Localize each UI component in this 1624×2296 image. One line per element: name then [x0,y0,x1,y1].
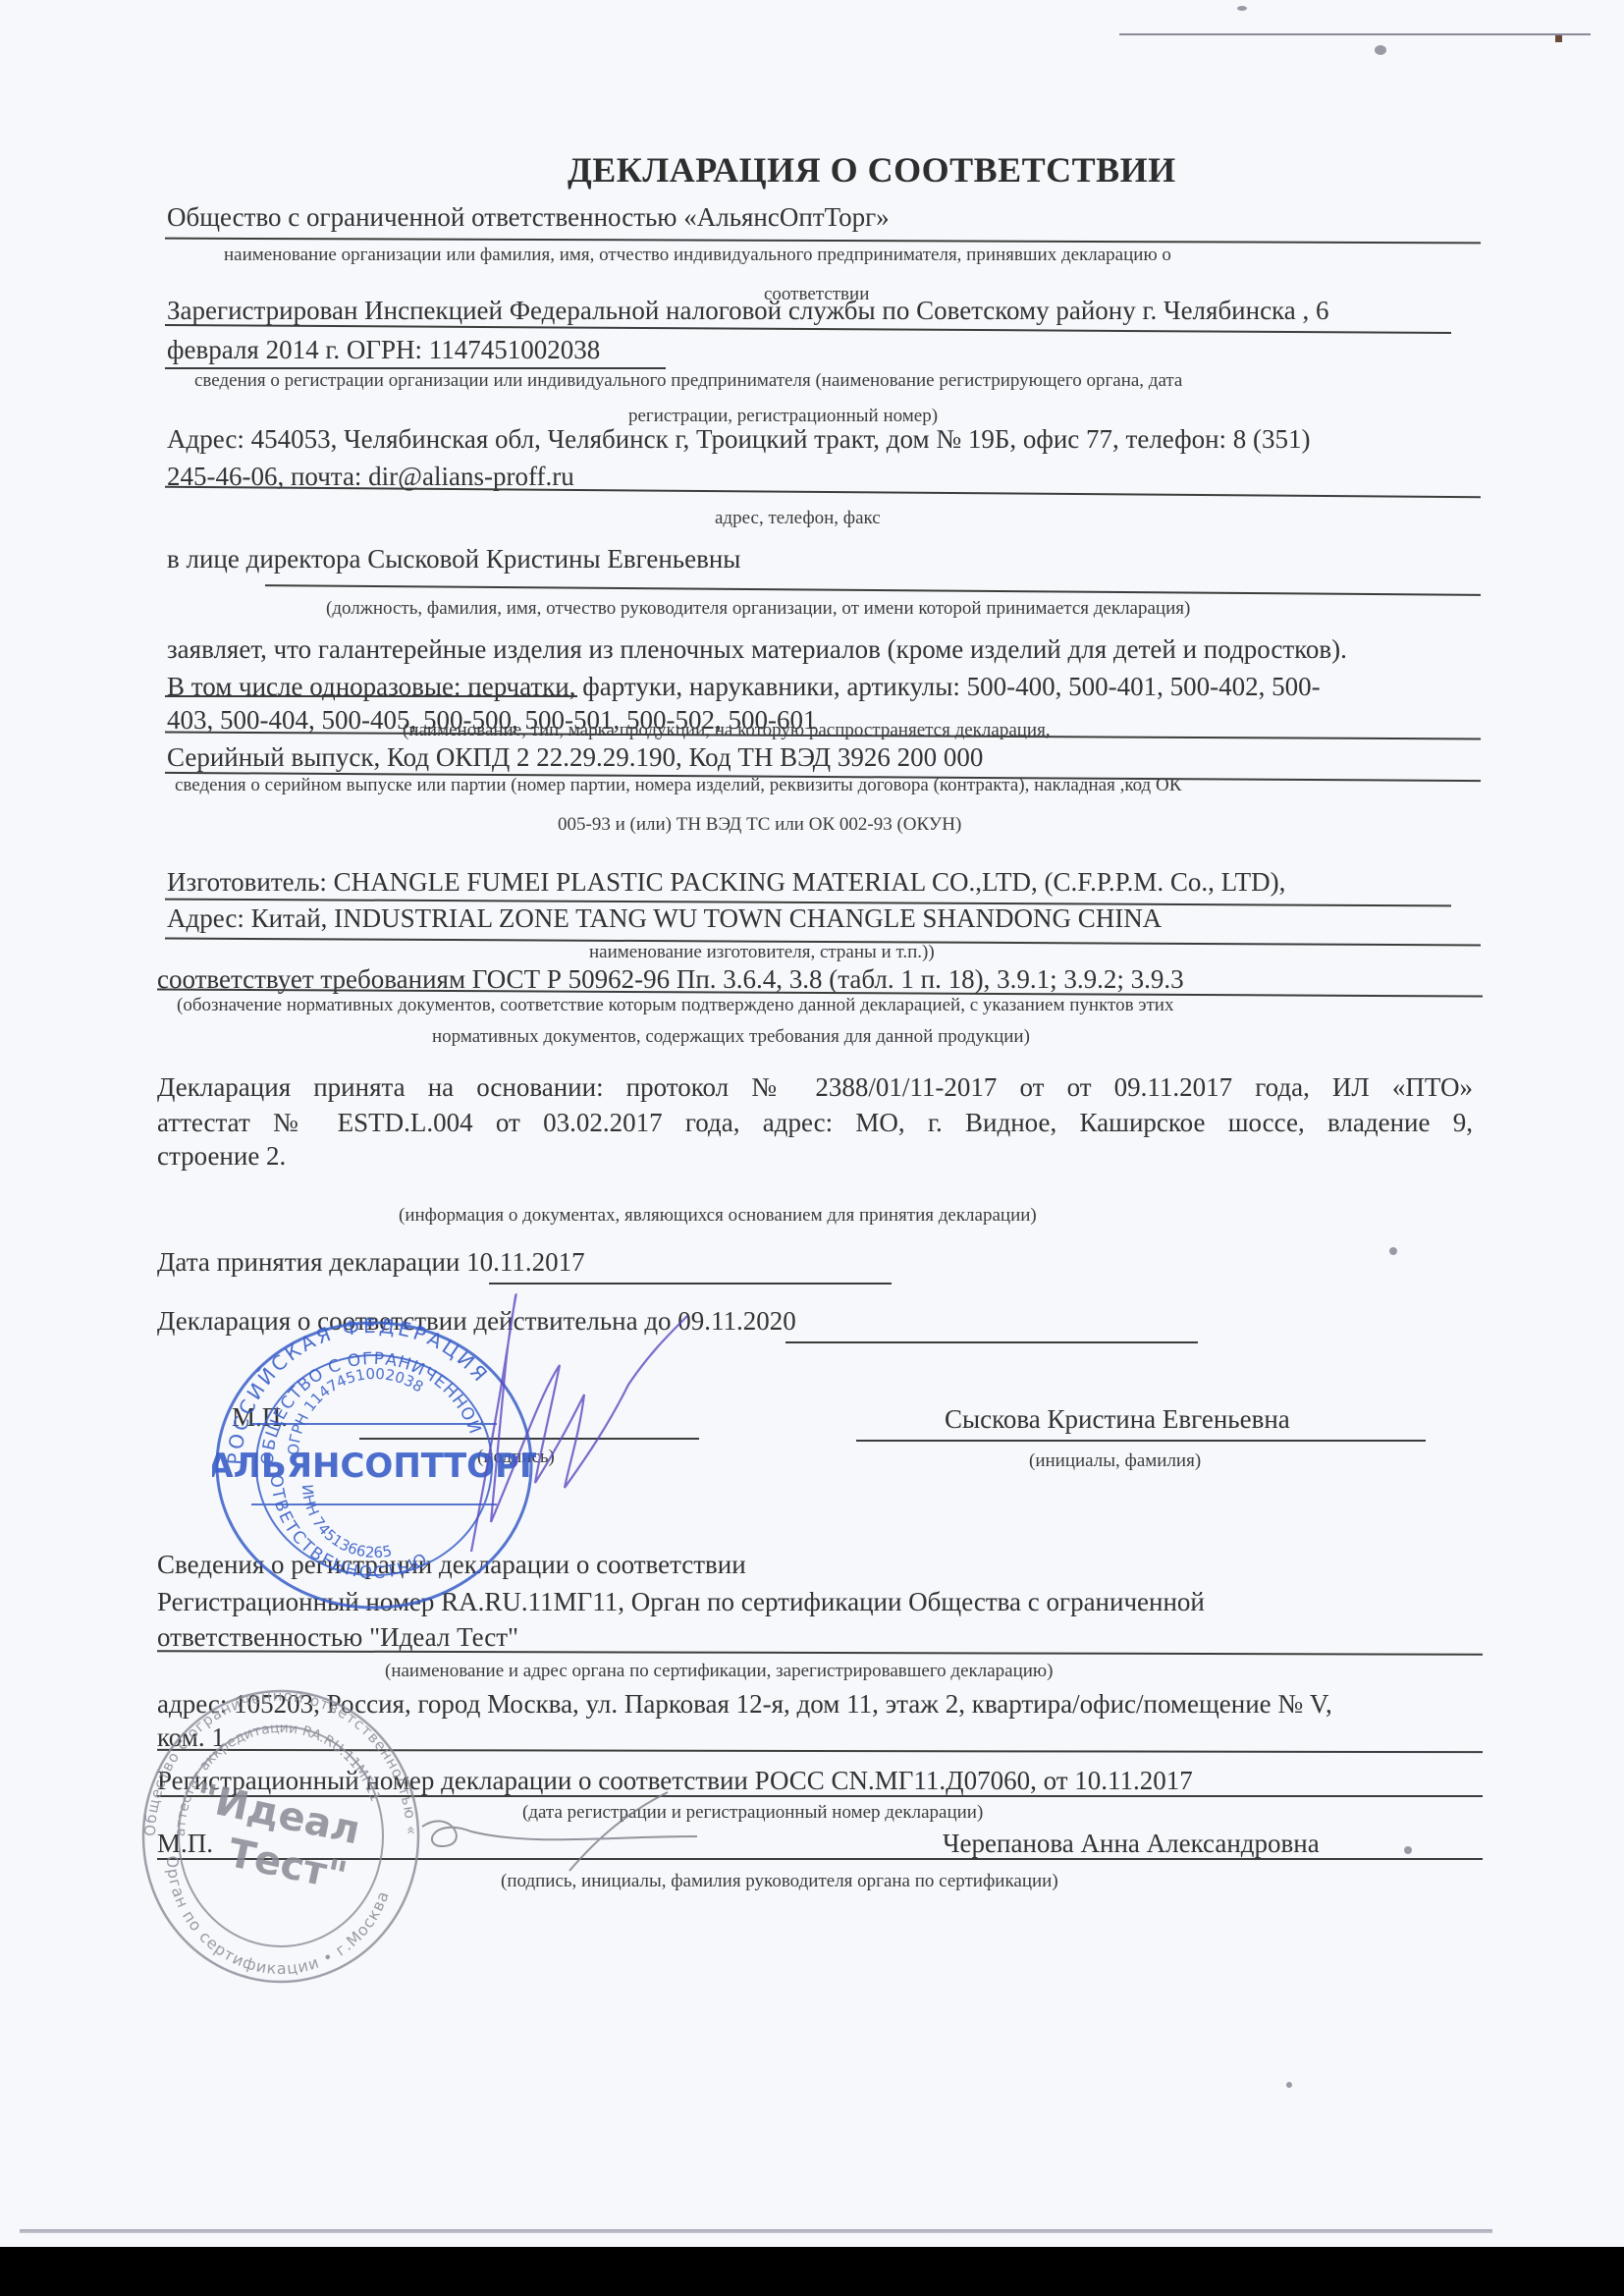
basis-caption: (информация о документах, являющихся осн… [399,1206,1037,1225]
basis-line-3: строение 2. [157,1143,286,1170]
registration-info-line-2: ответственностью "Идеал Тест" [157,1624,518,1651]
rule [165,324,1451,334]
signer-caption: (инициалы, фамилия) [1029,1451,1201,1470]
basis-line-2: аттестат № ESTD.L.004 от 03.02.2017 года… [157,1108,1473,1138]
manufacturer-caption: наименование изготовителя, страны и т.п.… [589,943,935,961]
registration-caption-2: регистрации, регистрационный номер) [628,407,938,425]
certifier-stamp: Общество с ограниченной ответственностью… [137,1689,422,1984]
acceptance-date: Дата принятия декларации 10.11.2017 [157,1249,585,1276]
serial-caption: сведения о серийном выпуске или партии (… [175,776,1181,794]
conformity-caption: (обозначение нормативных документов, соо… [177,996,1173,1014]
conformity-caption-2: нормативных документов, содержащих требо… [432,1027,1030,1046]
address-caption: адрес, телефон, факс [715,509,881,527]
document-page: ДЕКЛАРАЦИЯ О СООТВЕТСТВИИ Общество с огр… [0,0,1624,2247]
basis-line-1: Декларация принята на основании: протоко… [157,1072,1473,1103]
registration-line-2: февраля 2014 г. ОГРН: 1147451002038 [167,337,600,363]
serial-text: Серийный выпуск, Код ОКПД 2 22.29.29.190… [167,744,983,771]
registration-caption: сведения о регистрации организации или и… [194,371,1182,390]
scan-edge-mark [1555,35,1562,42]
rule [165,367,666,369]
signer-name: Сыскова Кристина Евгеньевна [945,1406,1290,1433]
product-caption: (наименование, тип, марка продукции, на … [403,721,1051,739]
manufacturer-line-2: Адрес: Китай, INDUSTRIAL ZONE TANG WU TO… [167,905,1162,932]
certifier-head-name: Черепанова Анна Александровна [943,1831,1320,1857]
product-line-1: заявляет, что галантерейные изделия из п… [167,636,1347,663]
representative-text: в лице директора Сысковой Кристины Евген… [167,546,740,573]
registration-line-1: Зарегистрирован Инспекцией Федеральной н… [167,298,1329,324]
certifier-signature [412,1787,707,1876]
applicant-name: Общество с ограниченной ответственностью… [167,204,890,231]
applicant-caption: наименование организации или фамилия, им… [224,246,1171,264]
rule [165,486,1481,499]
rule [157,1650,1483,1656]
rule [785,1341,1198,1343]
rule [856,1440,1426,1442]
serial-caption-2: 005-93 и (или) ТН ВЭД ТС или ОК 002-93 (… [558,815,961,834]
scan-edge-line [1119,33,1591,35]
applicant-signature [393,1277,707,1561]
scan-bottom-edge [20,2229,1492,2233]
representative-caption: (должность, фамилия, имя, отчество руков… [326,599,1190,618]
document-title: ДЕКЛАРАЦИЯ О СООТВЕТСТВИИ [568,149,1176,191]
rule [165,695,577,697]
manufacturer-line-1: Изготовитель: CHANGLE FUMEI PLASTIC PACK… [167,869,1285,896]
certifier-caption: (наименование и адрес органа по сертифик… [385,1662,1053,1680]
rule [165,238,1481,245]
rule [265,584,1481,596]
address-line-1: Адрес: 454053, Челябинская обл, Челябинс… [167,426,1311,453]
